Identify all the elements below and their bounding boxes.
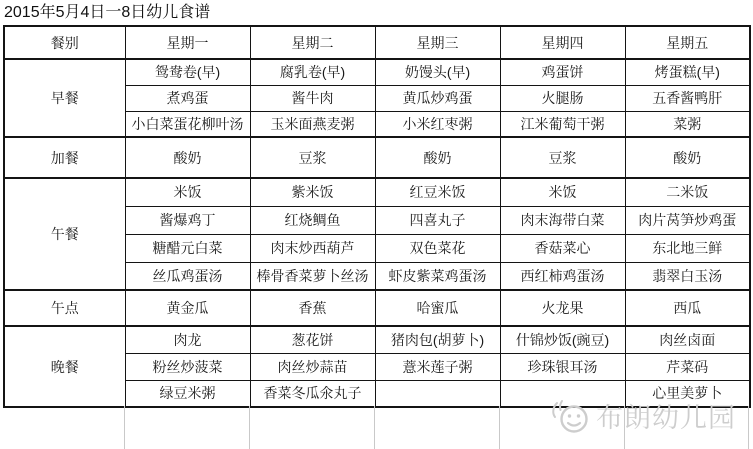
menu-cell: 红烧鲷鱼 [250, 206, 375, 234]
menu-cell: 虾皮紫菜鸡蛋汤 [375, 262, 500, 290]
table-row: 加餐酸奶豆浆酸奶豆浆酸奶 [4, 137, 750, 178]
menu-cell: 翡翠白玉汤 [625, 262, 750, 290]
menu-cell: 五香酱鸭肝 [625, 85, 750, 111]
menu-cell: 米饭 [500, 178, 625, 206]
menu-cell: 薏米莲子粥 [375, 353, 500, 380]
menu-cell: 酸奶 [125, 137, 250, 178]
table-row: 午餐米饭紫米饭红豆米饭米饭二米饭 [4, 178, 750, 206]
menu-cell: 四喜丸子 [375, 206, 500, 234]
menu-cell: 菜粥 [625, 111, 750, 137]
menu-cell: 西瓜 [625, 290, 750, 326]
meal-label-cell: 午点 [4, 290, 125, 326]
menu-cell: 鸡蛋饼 [500, 59, 625, 85]
menu-cell: 芹菜码 [625, 353, 750, 380]
food-menu-page: 2015年5月4日一8日幼儿食谱 餐别星期一星期二星期三星期四星期五早餐鸳鸯卷(… [0, 0, 753, 449]
meal-label-cell: 早餐 [4, 59, 125, 137]
menu-cell: 肉片莴笋炒鸡蛋 [625, 206, 750, 234]
menu-cell: 鸳鸯卷(早) [125, 59, 250, 85]
meal-label-cell: 加餐 [4, 137, 125, 178]
menu-cell: 二米饭 [625, 178, 750, 206]
header-cell-meal-type: 餐别 [4, 26, 125, 59]
menu-cell: 哈蜜瓜 [375, 290, 500, 326]
menu-cell: 酱爆鸡丁 [125, 206, 250, 234]
header-cell-day: 星期五 [625, 26, 750, 59]
menu-cell: 猪肉包(胡萝卜) [375, 326, 500, 353]
menu-cell: 肉丝卤面 [625, 326, 750, 353]
header-cell-day: 星期三 [375, 26, 500, 59]
header-cell-day: 星期二 [250, 26, 375, 59]
menu-table: 餐别星期一星期二星期三星期四星期五早餐鸳鸯卷(早)腐乳卷(早)奶馒头(早)鸡蛋饼… [3, 25, 751, 408]
menu-cell: 酸奶 [375, 137, 500, 178]
meal-label-cell: 午餐 [4, 178, 125, 290]
menu-cell: 火龙果 [500, 290, 625, 326]
menu-cell: 煮鸡蛋 [125, 85, 250, 111]
page-title: 2015年5月4日一8日幼儿食谱 [4, 1, 210, 24]
table-row: 晚餐肉龙葱花饼猪肉包(胡萝卜)什锦炒饭(豌豆)肉丝卤面 [4, 326, 750, 353]
menu-cell: 葱花饼 [250, 326, 375, 353]
menu-cell [375, 380, 500, 407]
table-row: 早餐鸳鸯卷(早)腐乳卷(早)奶馒头(早)鸡蛋饼烤蛋糕(早) [4, 59, 750, 85]
menu-cell: 酸奶 [625, 137, 750, 178]
meal-label-cell: 晚餐 [4, 326, 125, 407]
menu-cell: 什锦炒饭(豌豆) [500, 326, 625, 353]
menu-cell: 绿豆米粥 [125, 380, 250, 407]
menu-cell: 紫米饭 [250, 178, 375, 206]
menu-cell: 小米红枣粥 [375, 111, 500, 137]
menu-cell: 香菜冬瓜氽丸子 [250, 380, 375, 407]
menu-cell: 棒骨香菜萝卜丝汤 [250, 262, 375, 290]
menu-cell: 黄金瓜 [125, 290, 250, 326]
table-row: 午点黄金瓜香蕉哈蜜瓜火龙果西瓜 [4, 290, 750, 326]
menu-cell: 火腿肠 [500, 85, 625, 111]
menu-cell: 西红柿鸡蛋汤 [500, 262, 625, 290]
menu-cell: 东北地三鲜 [625, 234, 750, 262]
menu-cell: 腐乳卷(早) [250, 59, 375, 85]
header-cell-day: 星期四 [500, 26, 625, 59]
menu-cell: 肉末海带白菜 [500, 206, 625, 234]
menu-cell: 奶馒头(早) [375, 59, 500, 85]
menu-cell: 玉米面燕麦粥 [250, 111, 375, 137]
menu-cell: 肉末炒西葫芦 [250, 234, 375, 262]
menu-cell: 丝瓜鸡蛋汤 [125, 262, 250, 290]
menu-cell: 双色菜花 [375, 234, 500, 262]
menu-cell: 肉丝炒蒜苗 [250, 353, 375, 380]
spreadsheet-gridlines [0, 406, 753, 449]
header-cell-day: 星期一 [125, 26, 250, 59]
menu-cell: 糖醋元白菜 [125, 234, 250, 262]
menu-cell: 珍珠银耳汤 [500, 353, 625, 380]
menu-cell: 豆浆 [500, 137, 625, 178]
menu-cell: 小白菜蛋花柳叶汤 [125, 111, 250, 137]
menu-cell: 烤蛋糕(早) [625, 59, 750, 85]
menu-cell: 香蕉 [250, 290, 375, 326]
menu-cell: 黄瓜炒鸡蛋 [375, 85, 500, 111]
menu-cell: 酱牛肉 [250, 85, 375, 111]
menu-cell: 香菇菜心 [500, 234, 625, 262]
menu-cell: 肉龙 [125, 326, 250, 353]
menu-cell: 红豆米饭 [375, 178, 500, 206]
menu-cell: 江米葡萄干粥 [500, 111, 625, 137]
menu-cell: 心里美萝卜 [625, 380, 750, 407]
menu-cell: 粉丝炒菠菜 [125, 353, 250, 380]
menu-cell: 豆浆 [250, 137, 375, 178]
menu-cell: 米饭 [125, 178, 250, 206]
menu-cell [500, 380, 625, 407]
